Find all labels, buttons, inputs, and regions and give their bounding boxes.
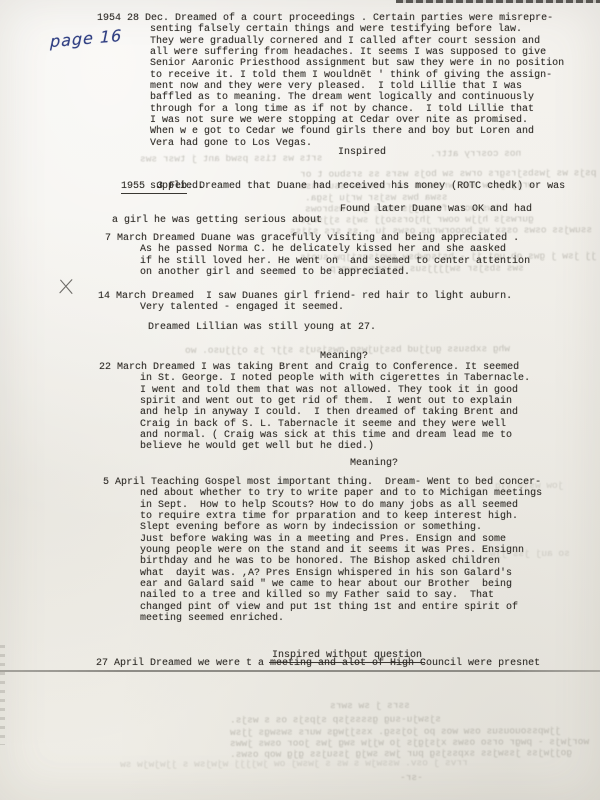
- entry-5-april: 5 April Teaching Gospel most important t…: [103, 477, 600, 624]
- entry-27-april: 27 April Dreamed we were t a meeting and…: [96, 658, 540, 669]
- entry-22-march: 22 March Dreamed I was taking Brent and …: [99, 362, 600, 453]
- bleedthrough-line: sjswju-sug gssssjsp sjpsjs os s wsjs.: [230, 713, 441, 725]
- bleedthrough-line: ssrs j sw swrs: [330, 700, 410, 711]
- annotation-meaning-1: Meaning?: [320, 351, 368, 362]
- bleedthrough-line: -sr-: [400, 772, 423, 783]
- bleedthrough-line: nos cosrry attr.: [430, 148, 521, 159]
- entry-1955-feb-3-line2: supplied.: [150, 181, 204, 192]
- bleedthrough-line: srts ws tiss pswd ant j twsr sws: [140, 153, 322, 165]
- entry-14-march: 14 March Dreamed I saw Duanes girl frien…: [98, 291, 600, 314]
- entry-1955-feb-3-line4: a girl he was getting serious about: [112, 215, 322, 226]
- entry-lillian: Dreamed Lillian was still young at 27.: [148, 322, 376, 333]
- scan-top-edge-artifact: [396, 0, 600, 3]
- handwritten-x-mark: [56, 277, 77, 301]
- scanned-journal-page: nos cosrry attr. srts ws tiss pswd ant j…: [0, 0, 600, 800]
- entry-1955-feb-3-line3: Found later Duane was OK and had: [340, 204, 532, 215]
- x-mark-icon: [56, 277, 76, 296]
- scan-left-edge-marks: [0, 645, 5, 745]
- annotation-inspired: Inspired: [338, 147, 386, 158]
- entry-7-march: 7 March Dreamed Duane was gracefully vis…: [105, 233, 600, 278]
- entry-1954-dec-28: 1954 28 Dec. Dreamed of a court proceedi…: [97, 13, 600, 149]
- entry-1955-feb-3-text: . Dreamed that Duane had received his mo…: [187, 181, 565, 192]
- annotation-meaning-2: Meaning?: [350, 458, 398, 469]
- bleedthrough-line: rrvs j osv. wsswjw s ws s jwswj ow jwjjj…: [120, 757, 468, 770]
